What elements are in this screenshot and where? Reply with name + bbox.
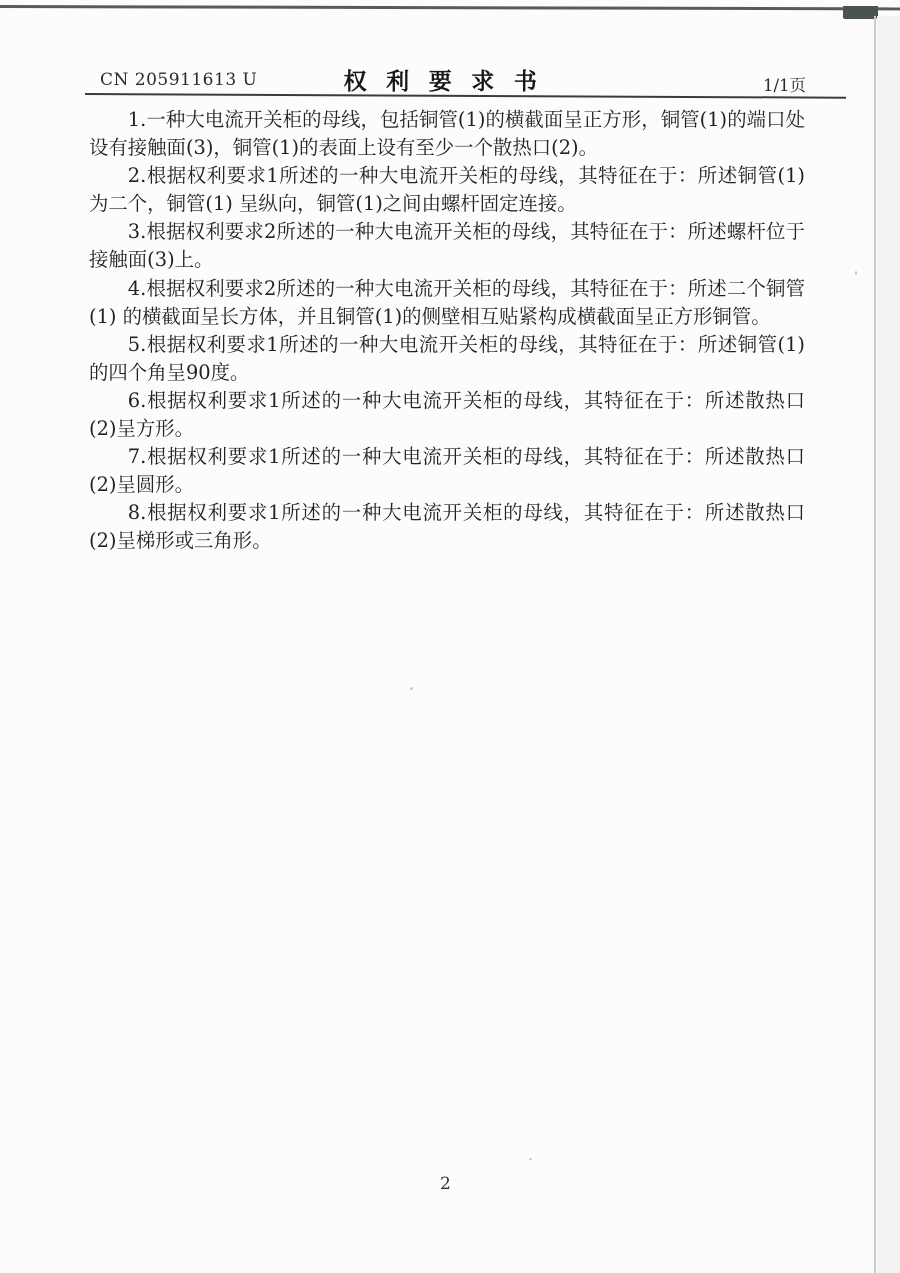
claim-paragraph-7: 7.根据权利要求1所述的一种大电流开关柜的母线，其特征在于：所述散热口(2)呈圆… [89, 443, 805, 499]
scan-speck [410, 687, 413, 690]
claim-paragraph-2: 2.根据权利要求1所述的一种大电流开关柜的母线，其特征在于：所述铜管(1)为二个… [89, 162, 805, 218]
page-title: 权利要求书 [344, 63, 557, 96]
scan-right-outer-strip [877, 16, 900, 1273]
page-number: 2 [440, 1174, 451, 1194]
sheet-page-indicator: 1/1页 [763, 72, 806, 96]
scan-top-edge [0, 5, 900, 10]
claim-paragraph-5: 5.根据权利要求1所述的一种大电流开关柜的母线，其特征在于：所述铜管(1)的四个… [89, 331, 805, 387]
scan-right-page-edge-line [874, 16, 876, 1273]
claim-paragraph-4: 4.根据权利要求2所述的一种大电流开关柜的母线，其特征在于：所述二个铜管(1) … [89, 275, 805, 331]
scan-speck [529, 1158, 532, 1160]
claim-paragraph-1: 1.一种大电流开关柜的母线，包括铜管(1)的横截面呈正方形，铜管(1)的端口处设… [89, 106, 805, 162]
claims-body: 1.一种大电流开关柜的母线，包括铜管(1)的横截面呈正方形，铜管(1)的端口处设… [89, 106, 805, 556]
patent-claims-page: CN 205911613 U 权利要求书 1/1页 1.一种大电流开关柜的母线，… [0, 0, 900, 1273]
claim-paragraph-6: 6.根据权利要求1所述的一种大电流开关柜的母线，其特征在于：所述散热口(2)呈方… [89, 387, 805, 443]
claim-paragraph-8: 8.根据权利要求1所述的一种大电流开关柜的母线，其特征在于：所述散热口(2)呈梯… [89, 499, 805, 555]
scan-speck [855, 271, 857, 275]
publication-number: CN 205911613 U [100, 70, 257, 90]
scan-top-right-corner-mark [843, 6, 878, 19]
claim-paragraph-3: 3.根据权利要求2所述的一种大电流开关柜的母线，其特征在于：所述螺杆位于接触面(… [89, 218, 805, 274]
